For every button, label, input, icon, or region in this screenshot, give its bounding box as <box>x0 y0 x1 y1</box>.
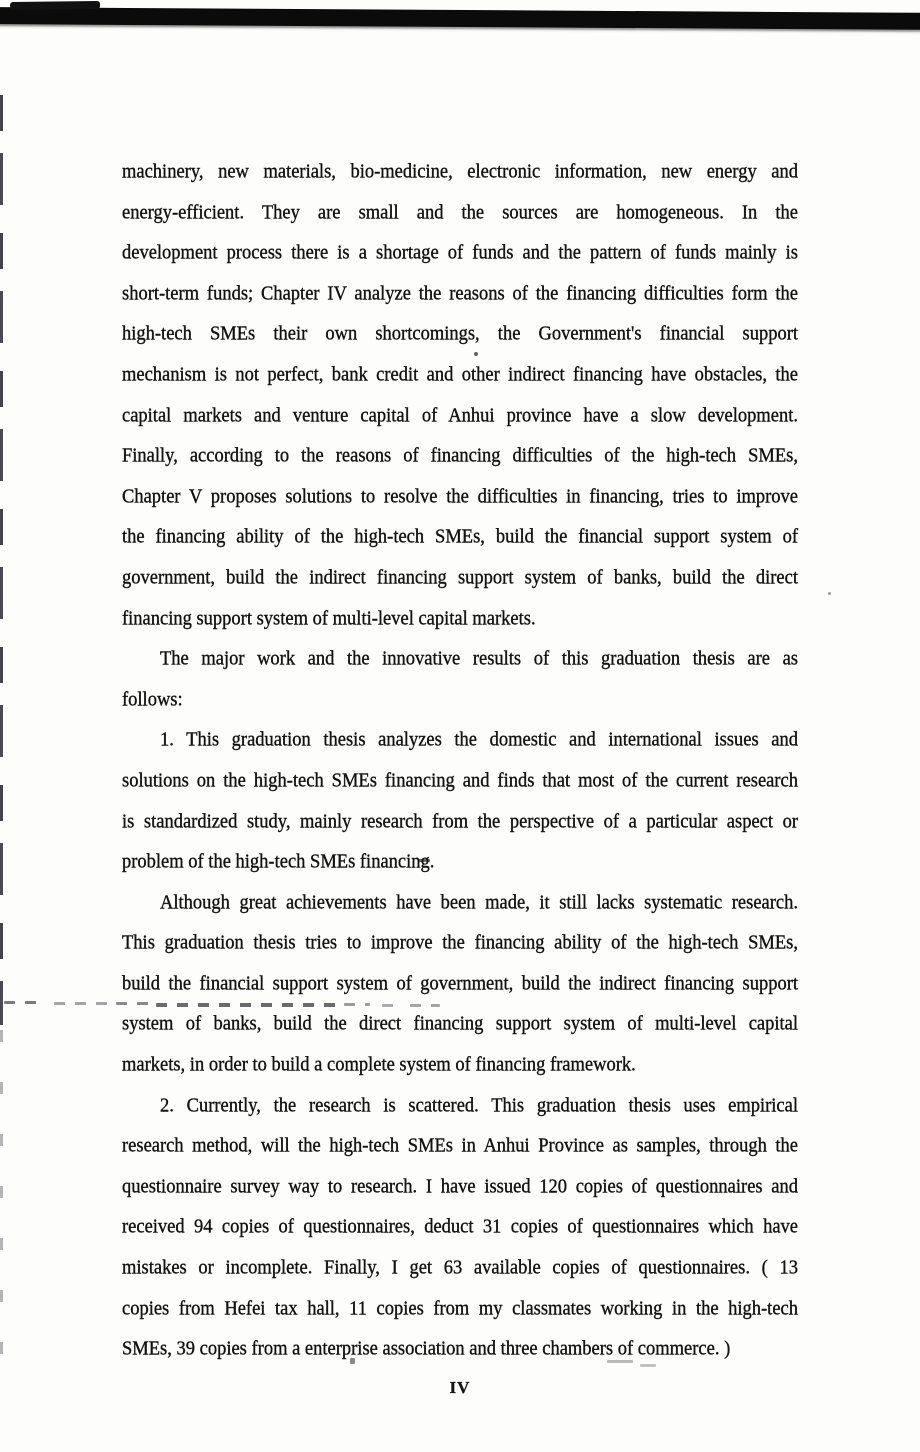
scan-left-edge-artifact-faint <box>0 1030 3 1360</box>
page-number: IV <box>0 1378 920 1398</box>
text-line: development process there is a shortage … <box>122 231 798 276</box>
text-line: 2. Currently, the research is scattered.… <box>122 1084 798 1129</box>
text-line: government, build the indirect financing… <box>122 556 798 601</box>
text-line: markets, in order to build a complete sy… <box>122 1043 798 1088</box>
text-line: problem of the high-tech SMEs financing. <box>122 840 798 885</box>
text-line: follows: <box>122 678 798 723</box>
text-line: short-term funds; Chapter IV analyze the… <box>122 272 798 317</box>
text-line: mechanism is not perfect, bank credit an… <box>122 353 798 398</box>
text-line: SMEs, 39 copies from a enterprise associ… <box>122 1327 798 1372</box>
scan-top-band-artifact <box>0 7 920 30</box>
text-line: high-tech SMEs their own shortcomings, t… <box>122 312 798 357</box>
scan-left-edge-artifact <box>0 95 3 1025</box>
document-page: machinery, new materials, bio-medicine, … <box>0 0 920 1452</box>
text-line: received 94 copies of questionnaires, de… <box>122 1205 798 1250</box>
text-line: system of banks, build the direct financ… <box>122 1002 798 1047</box>
document-text: machinery, new materials, bio-medicine, … <box>122 152 798 1370</box>
text-line: the financing ability of the high-tech S… <box>122 515 798 560</box>
text-line: research method, will the high-tech SMEs… <box>122 1124 798 1169</box>
text-line: financing support system of multi-level … <box>122 597 798 642</box>
text-line: energy-efficient. They are small and the… <box>122 191 798 236</box>
text-line: solutions on the high-tech SMEs financin… <box>122 759 798 804</box>
text-line: Chapter V proposes solutions to resolve … <box>122 475 798 520</box>
text-line: copies from Hefei tax hall, 11 copies fr… <box>122 1287 798 1332</box>
text-line: The major work and the innovative result… <box>122 637 798 682</box>
text-line: capital markets and venture capital of A… <box>122 394 798 439</box>
text-line: Although great achievements have been ma… <box>122 881 798 926</box>
text-line: mistakes or incomplete. Finally, I get 6… <box>122 1246 798 1291</box>
text-line: questionnaire survey way to research. I … <box>122 1165 798 1210</box>
text-line: machinery, new materials, bio-medicine, … <box>122 150 798 195</box>
text-line: This graduation thesis tries to improve … <box>122 921 798 966</box>
text-line: 1. This graduation thesis analyzes the d… <box>122 718 798 763</box>
text-line: Finally, according to the reasons of fin… <box>122 434 798 479</box>
text-line: is standardized study, mainly research f… <box>122 799 798 844</box>
text-line: build the financial support system of go… <box>122 962 798 1007</box>
scan-speck-artifact <box>828 592 831 595</box>
